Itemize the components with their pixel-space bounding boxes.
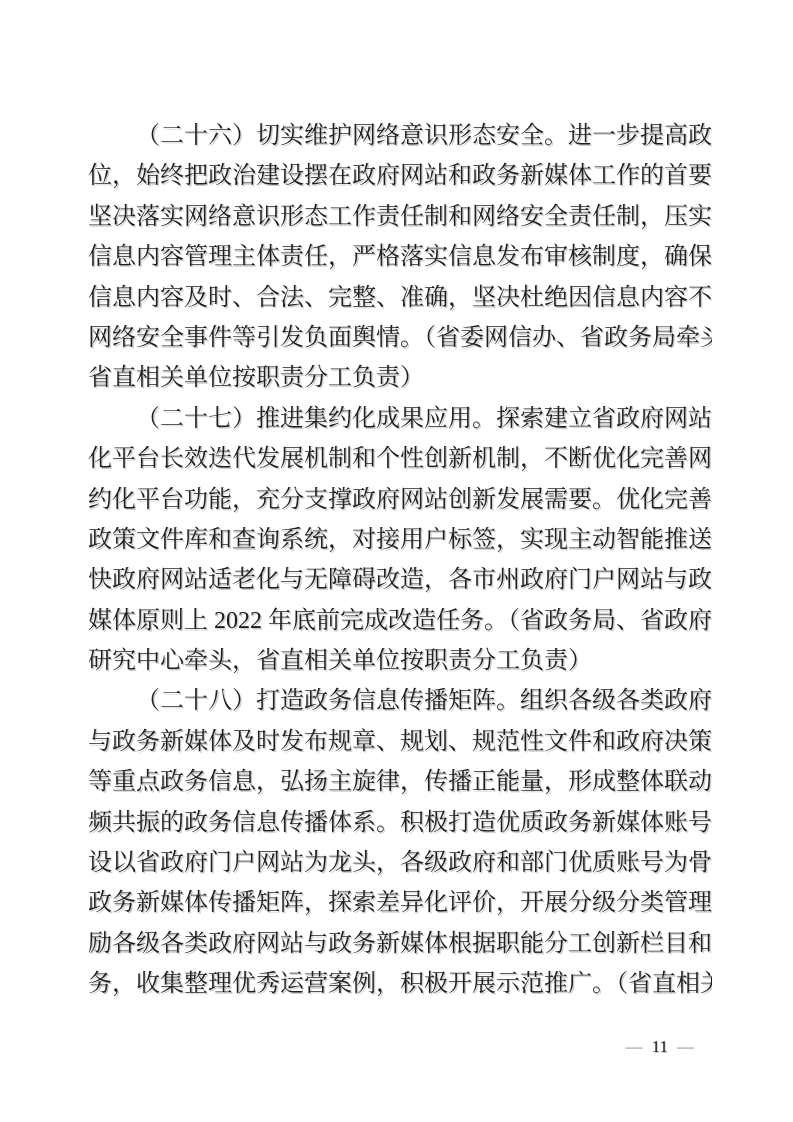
doc-line: 政务新媒体传播矩阵，探索差异化评价，开展分级分类管理。鼓: [88, 883, 712, 923]
footer-dash-left: —: [617, 1037, 652, 1056]
doc-line: 务，收集整理优秀运营案例，积极开展示范推广。（省直相关单: [88, 964, 712, 1004]
doc-line: 与政务新媒体及时发布规章、规划、规范性文件和政府决策信息: [88, 722, 712, 762]
doc-line: 约化平台功能，充分支撑政府网站创新发展需要。优化完善统一: [88, 480, 712, 520]
doc-line: 快政府网站适老化与无障碍改造，各市州政府门户网站与政务新: [88, 560, 712, 600]
page-number: 11: [652, 1037, 668, 1056]
doc-line: 媒体原则上 2022 年底前完成改造任务。（省政务局、省政府发展: [88, 601, 712, 641]
doc-line: （二十六）切实维护网络意识形态安全。进一步提高政治站: [88, 116, 712, 156]
doc-line: （二十八）打造政务信息传播矩阵。组织各级各类政府网站: [88, 681, 712, 721]
document-page: （二十六）切实维护网络意识形态安全。进一步提高政治站 位，始终把政治建设摆在政府…: [0, 0, 793, 1122]
doc-line: 等重点政务信息，弘扬主旋律，传播正能量，形成整体联动、同: [88, 762, 712, 802]
footer-dash-right: —: [668, 1037, 703, 1056]
doc-line: 设以省政府门户网站为龙头，各级政府和部门优质账号为骨干的: [88, 843, 712, 883]
doc-line: 坚决落实网络意识形态工作责任制和网络安全责任制，压实平台: [88, 197, 712, 237]
paragraph-item-26: （二十六）切实维护网络意识形态安全。进一步提高政治站 位，始终把政治建设摆在政府…: [88, 116, 712, 399]
doc-line: 位，始终把政治建设摆在政府网站和政务新媒体工作的首要位置，: [88, 156, 712, 196]
doc-line: 网络安全事件等引发负面舆情。（省委网信办、省政务局牵头，: [88, 318, 712, 358]
doc-line: 信息内容管理主体责任，严格落实信息发布审核制度，确保发布: [88, 237, 712, 277]
doc-line: 励各级各类政府网站与政务新媒体根据职能分工创新栏目和服: [88, 924, 712, 964]
page-footer: —11—: [617, 1036, 703, 1058]
paragraph-item-28: （二十八）打造政务信息传播矩阵。组织各级各类政府网站 与政务新媒体及时发布规章、…: [88, 681, 712, 1004]
doc-line: 频共振的政务信息传播体系。积极打造优质政务新媒体账号，建: [88, 803, 712, 843]
doc-line: 政策文件库和查询系统，对接用户标签，实现主动智能推送。加: [88, 520, 712, 560]
doc-line: 化平台长效迭代发展机制和个性创新机制，不断优化完善网站集: [88, 439, 712, 479]
document-body: （二十六）切实维护网络意识形态安全。进一步提高政治站 位，始终把政治建设摆在政府…: [88, 116, 712, 1005]
doc-line: 信息内容及时、合法、完整、准确，坚决杜绝因信息内容不当和: [88, 278, 712, 318]
paragraph-item-27: （二十七）推进集约化成果应用。探索建立省政府网站集约 化平台长效迭代发展机制和个…: [88, 399, 712, 682]
doc-line: （二十七）推进集约化成果应用。探索建立省政府网站集约: [88, 399, 712, 439]
doc-line: 研究中心牵头，省直相关单位按职责分工负责）: [88, 641, 712, 681]
doc-line: 省直相关单位按职责分工负责）: [88, 358, 712, 398]
